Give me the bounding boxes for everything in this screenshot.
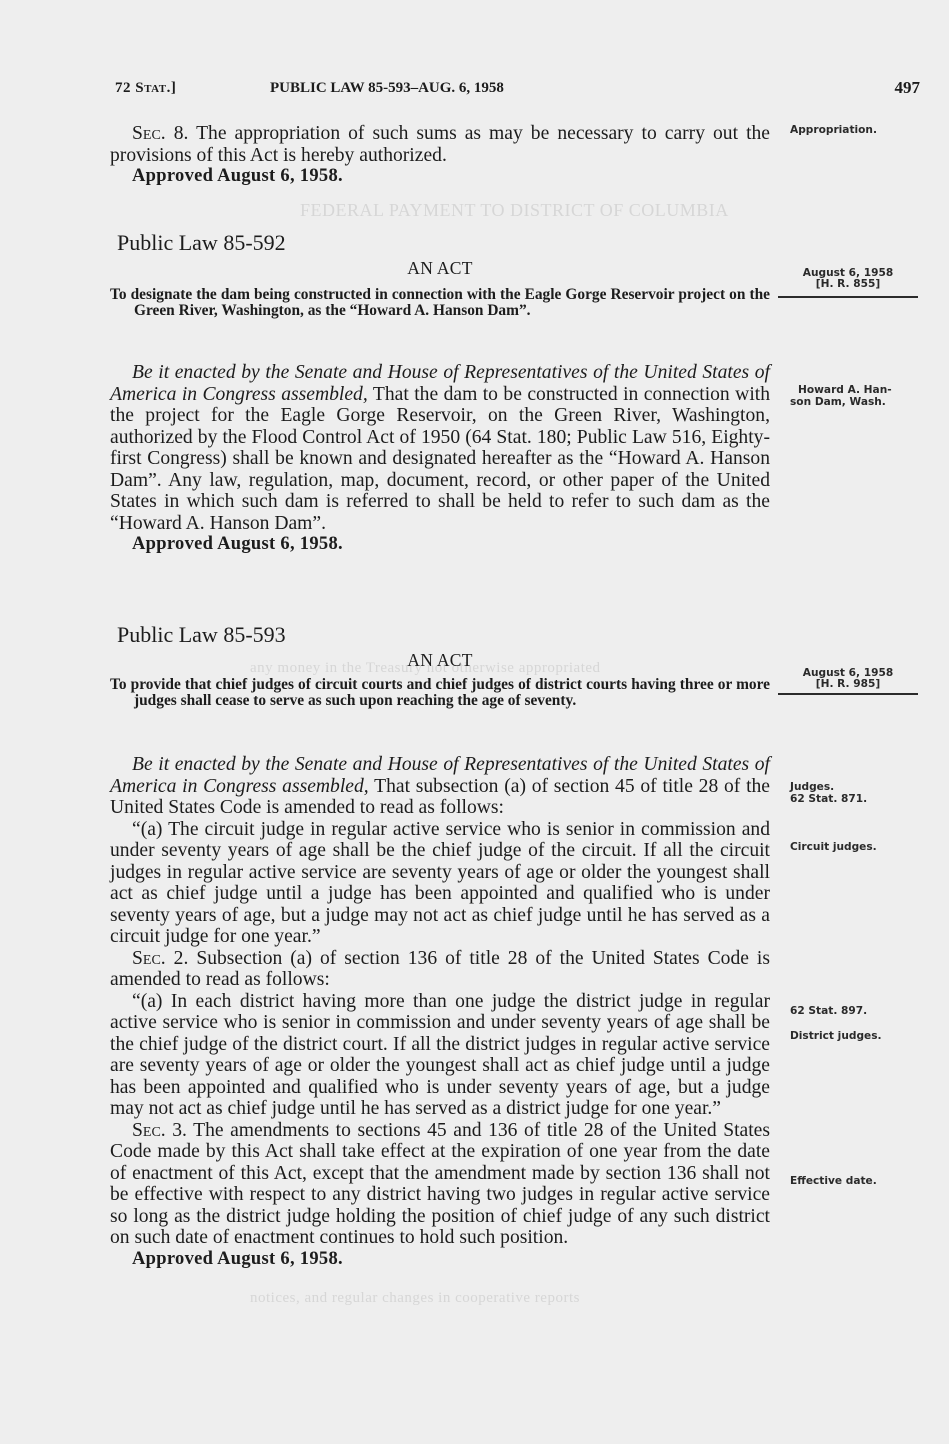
margin-note-district-judges: District judges. [790,1030,882,1042]
approval-line: Approved August 6, 1958. [110,534,770,556]
approval-line: Approved August 6, 1958. [110,1249,770,1271]
bleed-through-text: notices, and regular changes in cooperat… [250,1290,580,1307]
margin-note-judges: Judges. 62 Stat. 871. [790,781,867,805]
section-label: Sec. 3. [132,1120,187,1141]
margin-note-appropriation: Appropriation. [790,124,877,136]
law-title: Public Law 85-592 [117,230,286,256]
enactment-date-block: August 6, 1958 [H. R. 985] [778,668,918,690]
bill-number: [H. R. 985] [778,679,918,690]
margin-note-effective-date: Effective date. [790,1175,877,1187]
bill-number: [H. R. 855] [778,279,918,290]
running-head-title: PUBLIC LAW 85-593–AUG. 6, 1958 [270,80,504,97]
quoted-subsection-district: “(a) In each district having more than o… [110,991,770,1120]
date-divider [778,296,918,298]
act-heading: AN ACT [110,650,770,671]
section-2-paragraph: Sec. 2. Subsection (a) of section 136 of… [110,948,770,991]
margin-note-62-stat-897: 62 Stat. 897. [790,1005,867,1017]
date-divider [778,693,918,695]
act-caption: To provide that chief judges of circuit … [110,677,770,708]
margin-note-hanson-dam: Howard A. Han- son Dam, Wash. [790,384,892,408]
law-body: Be it enacted by the Senate and House of… [110,754,770,1270]
margin-note-circuit-judges: Circuit judges. [790,841,877,853]
preceding-section: Sec. 8. The appropriation of such sums a… [110,123,770,188]
statute-volume: 72 Stat.] [115,80,176,97]
approval-line: Approved August 6, 1958. [110,166,770,188]
section-label: Sec. 2. [132,948,188,969]
law-text: That the dam to be constructed in connec… [110,384,770,534]
law-body: Be it enacted by the Senate and House of… [110,362,770,556]
section-label: Sec. 8. [132,123,188,144]
section-text: The appropriation of such sums as may be… [110,123,770,166]
enactment-date-block: August 6, 1958 [H. R. 855] [778,268,918,290]
document-page: FEDERAL PAYMENT TO DISTRICT OF COLUMBIA … [0,0,949,1444]
section-paragraph: Sec. 8. The appropriation of such sums a… [110,123,770,166]
running-head: 72 Stat.] PUBLIC LAW 85-593–AUG. 6, 1958… [115,80,920,104]
law-title: Public Law 85-593 [117,622,286,648]
act-heading: AN ACT [110,258,770,279]
page-number: 497 [895,78,921,98]
bleed-through-text: FEDERAL PAYMENT TO DISTRICT OF COLUMBIA [300,200,729,221]
act-caption: To designate the dam being constructed i… [110,287,770,318]
quoted-subsection-circuit: “(a) The circuit judge in regular active… [110,819,770,948]
enacting-paragraph: Be it enacted by the Senate and House of… [110,754,770,819]
section-3-paragraph: Sec. 3. The amendments to sections 45 an… [110,1120,770,1249]
enacting-paragraph: Be it enacted by the Senate and House of… [110,362,770,534]
